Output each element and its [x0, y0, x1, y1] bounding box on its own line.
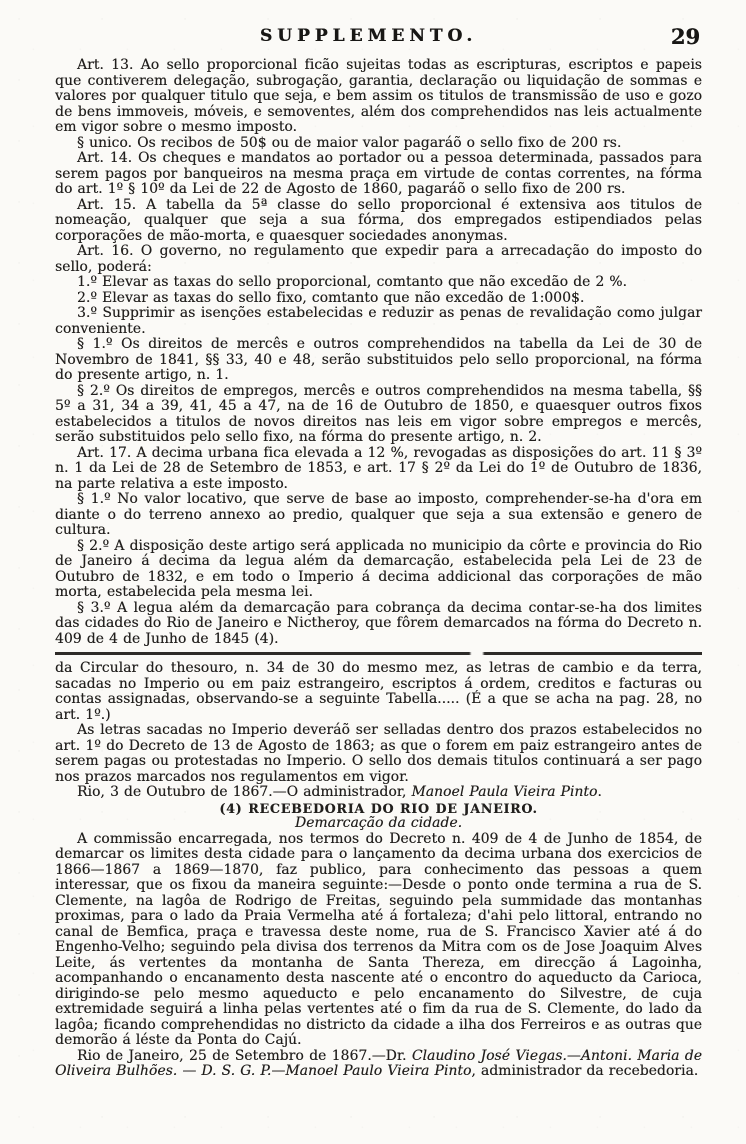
- recebedoria-heading: (4) RECEBEDORIA DO RIO DE JANEIRO.: [55, 801, 702, 817]
- art-16-paragraph: Art. 16. O governo, no regulamento que e…: [55, 244, 702, 275]
- signature-closing: , administrador da recebedoria.: [471, 1063, 698, 1079]
- dateline-period: .: [597, 784, 601, 800]
- art-16-item-1: 1.º Elevar as taxas do sello proporciona…: [55, 275, 702, 291]
- demarcacao-announcement: A commissão encarregada, nos termos do D…: [55, 832, 702, 1049]
- art-16-par-2: § 2.º Os direitos de empregos, mercês e …: [55, 384, 702, 446]
- art-13-paragraph: Art. 13. Ao sello proporcional ficão suj…: [55, 58, 702, 136]
- page-masthead: SUPPLEMENTO. 29: [55, 26, 702, 52]
- scanned-gazette-page: SUPPLEMENTO. 29 Art. 13. Ao sello propor…: [0, 0, 746, 1080]
- publication-title: SUPPLEMENTO.: [55, 26, 682, 46]
- signature-dateline: Rio de Janeiro, 25 de Setembro de 1867.—…: [77, 1048, 412, 1064]
- footnote-letras-paragraph: As letras sacadas no Imperio deveráõ ser…: [55, 723, 702, 785]
- art-15-paragraph: Art. 15. A tabella da 5ª classe do sello…: [55, 198, 702, 245]
- signature-dash-1: —: [567, 1048, 581, 1064]
- art-16-item-3: 3.º Supprimir as isenções estabelecidas …: [55, 306, 702, 337]
- signature-dash-3: —: [271, 1063, 285, 1079]
- page-number: 29: [671, 24, 700, 49]
- art-17-paragraph: Art. 17. A decima urbana fica elevada a …: [55, 446, 702, 493]
- art-16-par-1: § 1.º Os direitos de mercês e outros com…: [55, 337, 702, 384]
- art-13-sole-paragraph: § unico. Os recibos de 50$ ou de maior v…: [55, 136, 702, 152]
- footnote-section: da Circular do thesouro, n. 34 de 30 do …: [55, 661, 702, 1080]
- footnote-continuation-paragraph: da Circular do thesouro, n. 34 de 30 do …: [55, 661, 702, 723]
- art-16-item-2: 2.º Elevar as taxas do sello fixo, comta…: [55, 291, 702, 307]
- signer-vieira-pinto: Manoel Paulo Vieira Pinto: [285, 1063, 471, 1079]
- signer-dsgp: D. S. G. P.: [201, 1063, 271, 1079]
- footnote-dateline: Rio, 3 de Outubro de 1867.—O administrad…: [55, 785, 702, 801]
- footnote-divider-rule: [55, 652, 702, 655]
- art-14-paragraph: Art. 14. Os cheques e mandatos ao portad…: [55, 151, 702, 198]
- signature-dash-2: —: [177, 1063, 201, 1079]
- demarcacao-subheading: Demarcação da cidade.: [55, 816, 702, 832]
- dateline-text: Rio, 3 de Outubro de 1867.—O administrad…: [77, 784, 411, 800]
- signer-viegas: Claudino José Viegas.: [412, 1048, 567, 1064]
- law-text-section: Art. 13. Ao sello proporcional ficão suj…: [55, 58, 702, 647]
- demarcacao-signature: Rio de Janeiro, 25 de Setembro de 1867.—…: [55, 1049, 702, 1080]
- art-17-par-3: § 3.º A legua além da demarcação para co…: [55, 601, 702, 648]
- administrator-name: Manoel Paula Vieira Pinto: [411, 784, 597, 800]
- art-17-par-2: § 2.º A disposição deste artigo será app…: [55, 539, 702, 601]
- art-17-par-1: § 1.º No valor locativo, que serve de ba…: [55, 492, 702, 539]
